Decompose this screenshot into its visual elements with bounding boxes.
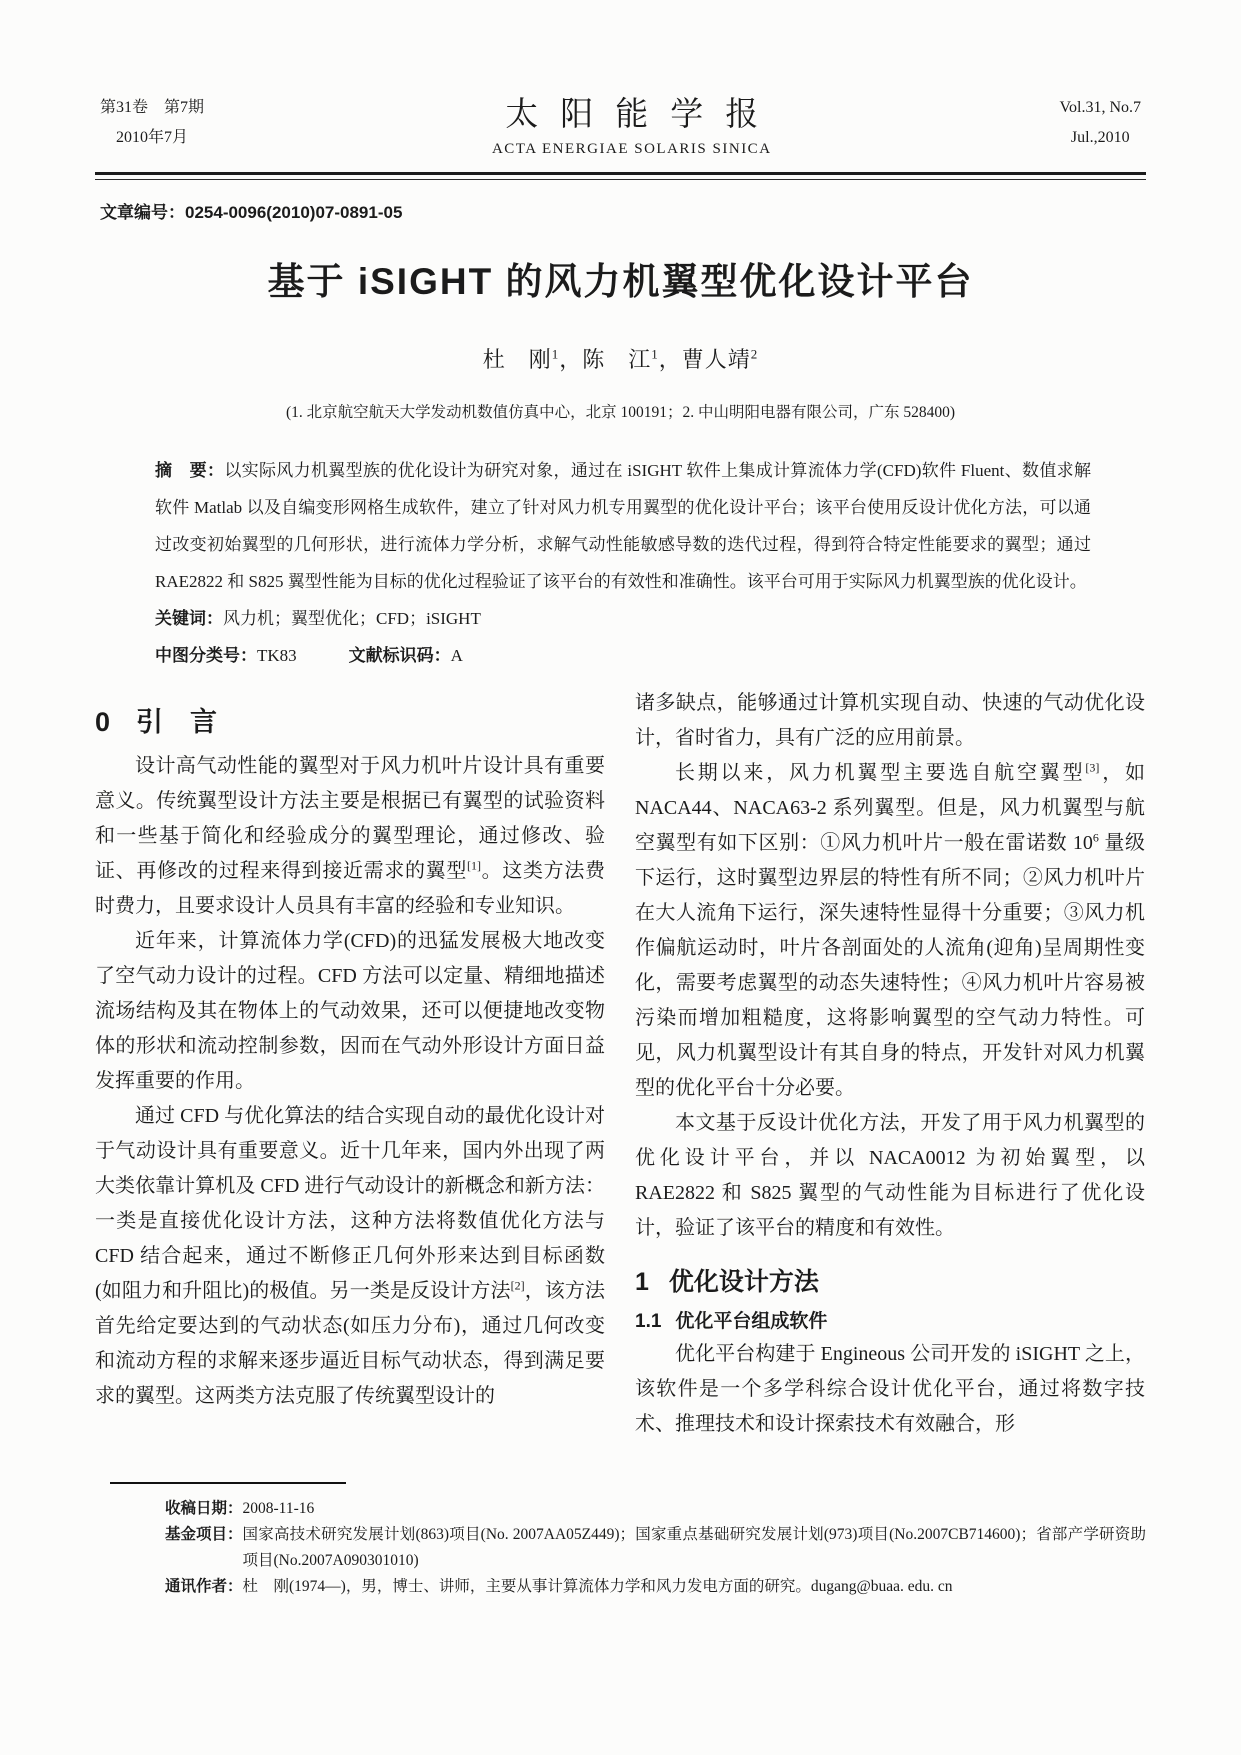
footnote-block: 收稿日期： 2008-11-16 基金项目： 国家高技术研究发展计划(863)项… [110,1482,1146,1600]
author-affil-sup: 1 [651,347,659,362]
author-separator: ， [659,347,682,372]
section-title: 优化设计方法 [669,1268,819,1296]
paragraph: 诸多缺点，能够通过计算机实现自动、快速的气动优化设计，省时省力，具有广泛的应用前… [635,686,1145,756]
clc-label: 中图分类号： [155,646,257,665]
corresponding-author-text: 杜 刚(1974—)，男，博士、讲师，主要从事计算流体力学和风力发电方面的研究。… [243,1574,1146,1600]
citation-sup: [1] [467,858,481,872]
header-rule [95,172,1146,180]
citation-sup: [3] [1085,760,1099,774]
email-text: dugang@buaa. edu. cn [811,1578,953,1595]
section-number: 1.1 [635,1311,661,1332]
right-column: 诸多缺点，能够通过计算机实现自动、快速的气动优化设计，省时省力，具有广泛的应用前… [635,686,1145,1442]
masthead-center: 太阳能学报 ACTA ENERGIAE SOLARIS SINICA [204,88,1059,158]
masthead-right: Vol.31, No.7 Jul.,2010 [1060,93,1142,154]
issue-date-cn: 2010年7月 [100,123,204,153]
fund-label: 基金项目： [165,1522,243,1574]
section-number: 1 [635,1268,649,1296]
section-0-heading: 0引 言 [95,700,605,739]
section-title: 引 言 [136,707,217,737]
paragraph-text: 量级下运行，这时翼型边界层的特性有所不同；②风力机叶片在大人流角下运行，深失速特… [635,832,1145,1099]
volume-issue-cn: 第31卷 第7期 [100,93,204,123]
received-date-row: 收稿日期： 2008-11-16 [165,1496,1146,1522]
paragraph: 通过 CFD 与优化算法的结合实现自动的最优化设计对于气动设计具有重要意义。近十… [95,1099,605,1414]
author-affil-sup: 2 [751,347,759,362]
corresponding-author-label: 通讯作者： [165,1574,243,1600]
affiliation-line: (1. 北京航空航天大学发动机数值仿真中心，北京 100191；2. 中山明阳电… [0,400,1241,422]
received-date-label: 收稿日期： [165,1496,243,1522]
keywords-line: 关键词：风力机；翼型优化；CFD；iSIGHT [155,600,1091,637]
section-1-heading: 1优化设计方法 [635,1262,1145,1298]
paragraph: 设计高气动性能的翼型对于风力机叶片设计具有重要意义。传统翼型设计方法主要是根据已… [95,749,605,924]
section-title: 优化平台组成软件 [675,1311,827,1332]
abstract-paragraph: 摘 要：以实际风力机翼型族的优化设计为研究对象，通过在 iSIGHT 软件上集成… [155,452,1091,600]
clc-value: TK83 [257,646,297,665]
author-separator: ， [559,347,582,372]
paragraph: 长期以来，风力机翼型主要选自航空翼型[3]，如 NACA44、NACA63-2 … [635,756,1145,1106]
author-name: 曹人靖 [682,347,751,372]
corresponding-author-bio: 杜 刚(1974—)，男，博士、讲师，主要从事计算流体力学和风力发电方面的研究。 [243,1578,811,1595]
paragraph-text: 通过 CFD 与优化算法的结合实现自动的最优化设计对于气动设计具有重要意义。近十… [95,1105,605,1302]
left-column: 0引 言 设计高气动性能的翼型对于风力机叶片设计具有重要意义。传统翼型设计方法主… [95,686,605,1442]
clc-line: 中图分类号：TK83文献标识码：A [155,637,1091,674]
section-1-1-heading: 1.1优化平台组成软件 [635,1306,1145,1333]
paragraph: 优化平台构建于 Engineous 公司开发的 iSIGHT 之上，该软件是一个… [635,1337,1145,1442]
body-columns: 0引 言 设计高气动性能的翼型对于风力机叶片设计具有重要意义。传统翼型设计方法主… [95,686,1145,1442]
journal-title-en: ACTA ENERGIAE SOLARIS SINICA [204,141,1059,158]
keywords-label: 关键词： [155,609,223,628]
doc-code-value: A [451,646,463,665]
keywords-text: 风力机；翼型优化；CFD；iSIGHT [223,609,481,628]
article-number-label: 文章编号： [100,203,185,222]
journal-page: 第31卷 第7期 2010年7月 太阳能学报 ACTA ENERGIAE SOL… [0,0,1241,1755]
section-number: 0 [95,707,110,737]
journal-title-cn: 太阳能学报 [204,88,1059,135]
authors-line: 杜 刚1，陈 江1，曹人靖2 [0,343,1241,374]
paper-title: 基于 iSIGHT 的风力机翼型优化设计平台 [60,251,1181,305]
paragraph: 近年来，计算流体力学(CFD)的迅猛发展极大地改变了空气动力设计的过程。CFD … [95,924,605,1099]
abstract-text: 以实际风力机翼型族的优化设计为研究对象，通过在 iSIGHT 软件上集成计算流体… [155,461,1091,591]
abstract-label: 摘 要： [155,461,224,480]
masthead-left: 第31卷 第7期 2010年7月 [100,93,204,154]
abstract-block: 摘 要：以实际风力机翼型族的优化设计为研究对象，通过在 iSIGHT 软件上集成… [155,452,1091,674]
doc-code-label: 文献标识码： [349,646,451,665]
article-number-line: 文章编号：0254-0096(2010)07-0891-05 [100,198,1241,223]
article-number-value: 0254-0096(2010)07-0891-05 [185,203,402,222]
corresponding-author-row: 通讯作者： 杜 刚(1974—)，男，博士、讲师，主要从事计算流体力学和风力发电… [165,1574,1146,1600]
author-name: 陈 江 [582,347,651,372]
issue-date-en: Jul.,2010 [1060,123,1142,153]
paragraph: 本文基于反设计优化方法，开发了用于风力机翼型的优化设计平台，并以 NACA001… [635,1106,1145,1246]
author-name: 杜 刚 [483,347,552,372]
citation-sup: [2] [511,1278,525,1292]
journal-masthead: 第31卷 第7期 2010年7月 太阳能学报 ACTA ENERGIAE SOL… [100,0,1141,158]
fund-text: 国家高技术研究发展计划(863)项目(No. 2007AA05Z449)；国家重… [243,1522,1146,1574]
volume-issue-en: Vol.31, No.7 [1060,93,1142,123]
fund-row: 基金项目： 国家高技术研究发展计划(863)项目(No. 2007AA05Z44… [165,1522,1146,1574]
received-date-value: 2008-11-16 [243,1496,1146,1522]
paragraph-text: 长期以来，风力机翼型主要选自航空翼型 [675,762,1085,784]
footnote-rule [110,1482,346,1484]
